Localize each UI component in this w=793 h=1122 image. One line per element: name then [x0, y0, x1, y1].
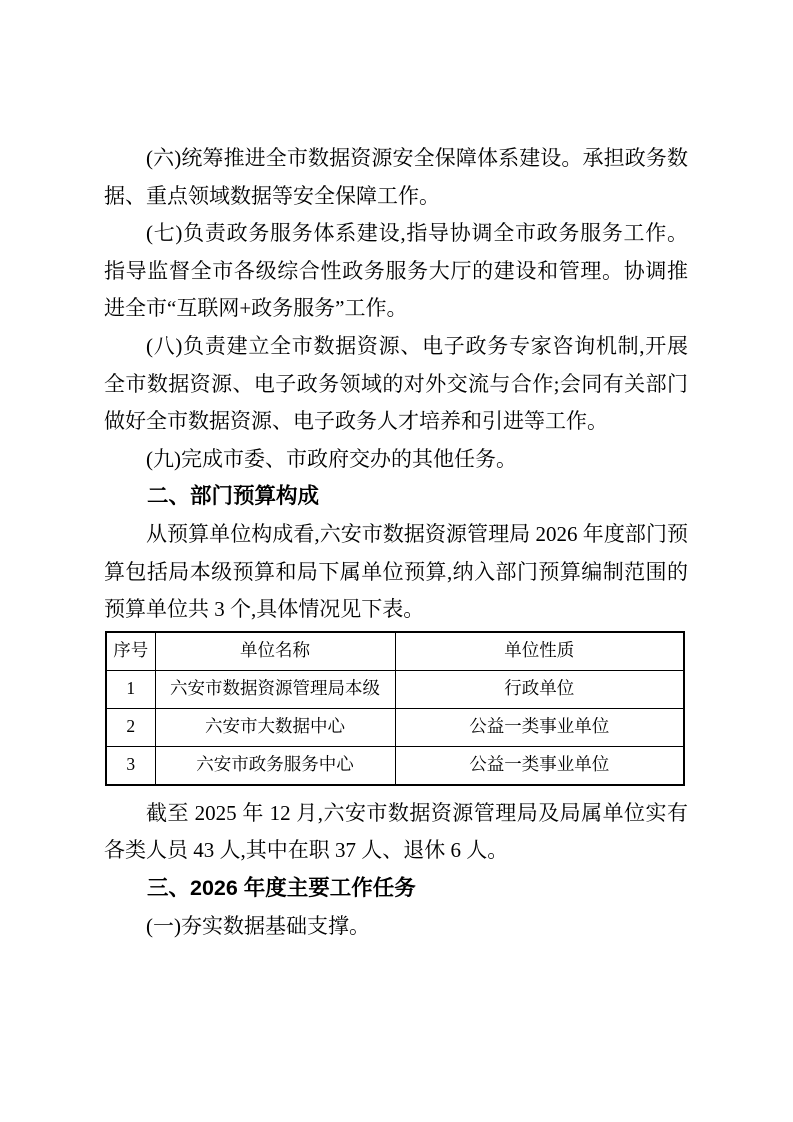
cell-index: 1 [106, 670, 155, 708]
cell-unit-type: 公益一类事业单位 [395, 708, 684, 746]
table-header-row: 序号 单位名称 单位性质 [106, 632, 684, 671]
table-row: 2 六安市大数据中心 公益一类事业单位 [106, 708, 684, 746]
table-row: 1 六安市数据资源管理局本级 行政单位 [106, 670, 684, 708]
cell-unit-name: 六安市数据资源管理局本级 [155, 670, 395, 708]
cell-index: 2 [106, 708, 155, 746]
table-row: 3 六安市政务服务中心 公益一类事业单位 [106, 746, 684, 785]
section-heading-budget-composition: 二、部门预算构成 [104, 478, 688, 516]
table-header-unit-name: 单位名称 [155, 632, 395, 671]
para-budget-intro: 从预算单位构成看,六安市数据资源管理局 2026 年度部门预算包括局本级预算和局… [104, 516, 688, 629]
cell-unit-type: 公益一类事业单位 [395, 746, 684, 785]
document-page: (六)统筹推进全市数据资源安全保障体系建设。承担政务数据、重点领域数据等安全保障… [0, 0, 793, 1122]
cell-unit-name: 六安市大数据中心 [155, 708, 395, 746]
cell-unit-name: 六安市政务服务中心 [155, 746, 395, 785]
section-heading-2026-tasks: 三、2026 年度主要工作任务 [104, 870, 688, 908]
para-staffing: 截至 2025 年 12 月,六安市数据资源管理局及局属单位实有各类人员 43 … [104, 795, 688, 870]
table-header-index: 序号 [106, 632, 155, 671]
cell-index: 3 [106, 746, 155, 785]
para-duty-8: (八)负责建立全市数据资源、电子政务专家咨询机制,开展全市数据资源、电子政务领域… [104, 328, 688, 441]
para-duty-7: (七)负责政务服务体系建设,指导协调全市政务服务工作。指导监督全市各级综合性政务… [104, 215, 688, 328]
para-duty-9: (九)完成市委、市政府交办的其他任务。 [104, 441, 688, 479]
budget-units-table: 序号 单位名称 单位性质 1 六安市数据资源管理局本级 行政单位 2 六安市大数… [105, 631, 685, 786]
para-duty-6: (六)统筹推进全市数据资源安全保障体系建设。承担政务数据、重点领域数据等安全保障… [104, 140, 688, 215]
para-task-1: (一)夯实数据基础支撑。 [104, 908, 688, 946]
table-header-unit-type: 单位性质 [395, 632, 684, 671]
cell-unit-type: 行政单位 [395, 670, 684, 708]
